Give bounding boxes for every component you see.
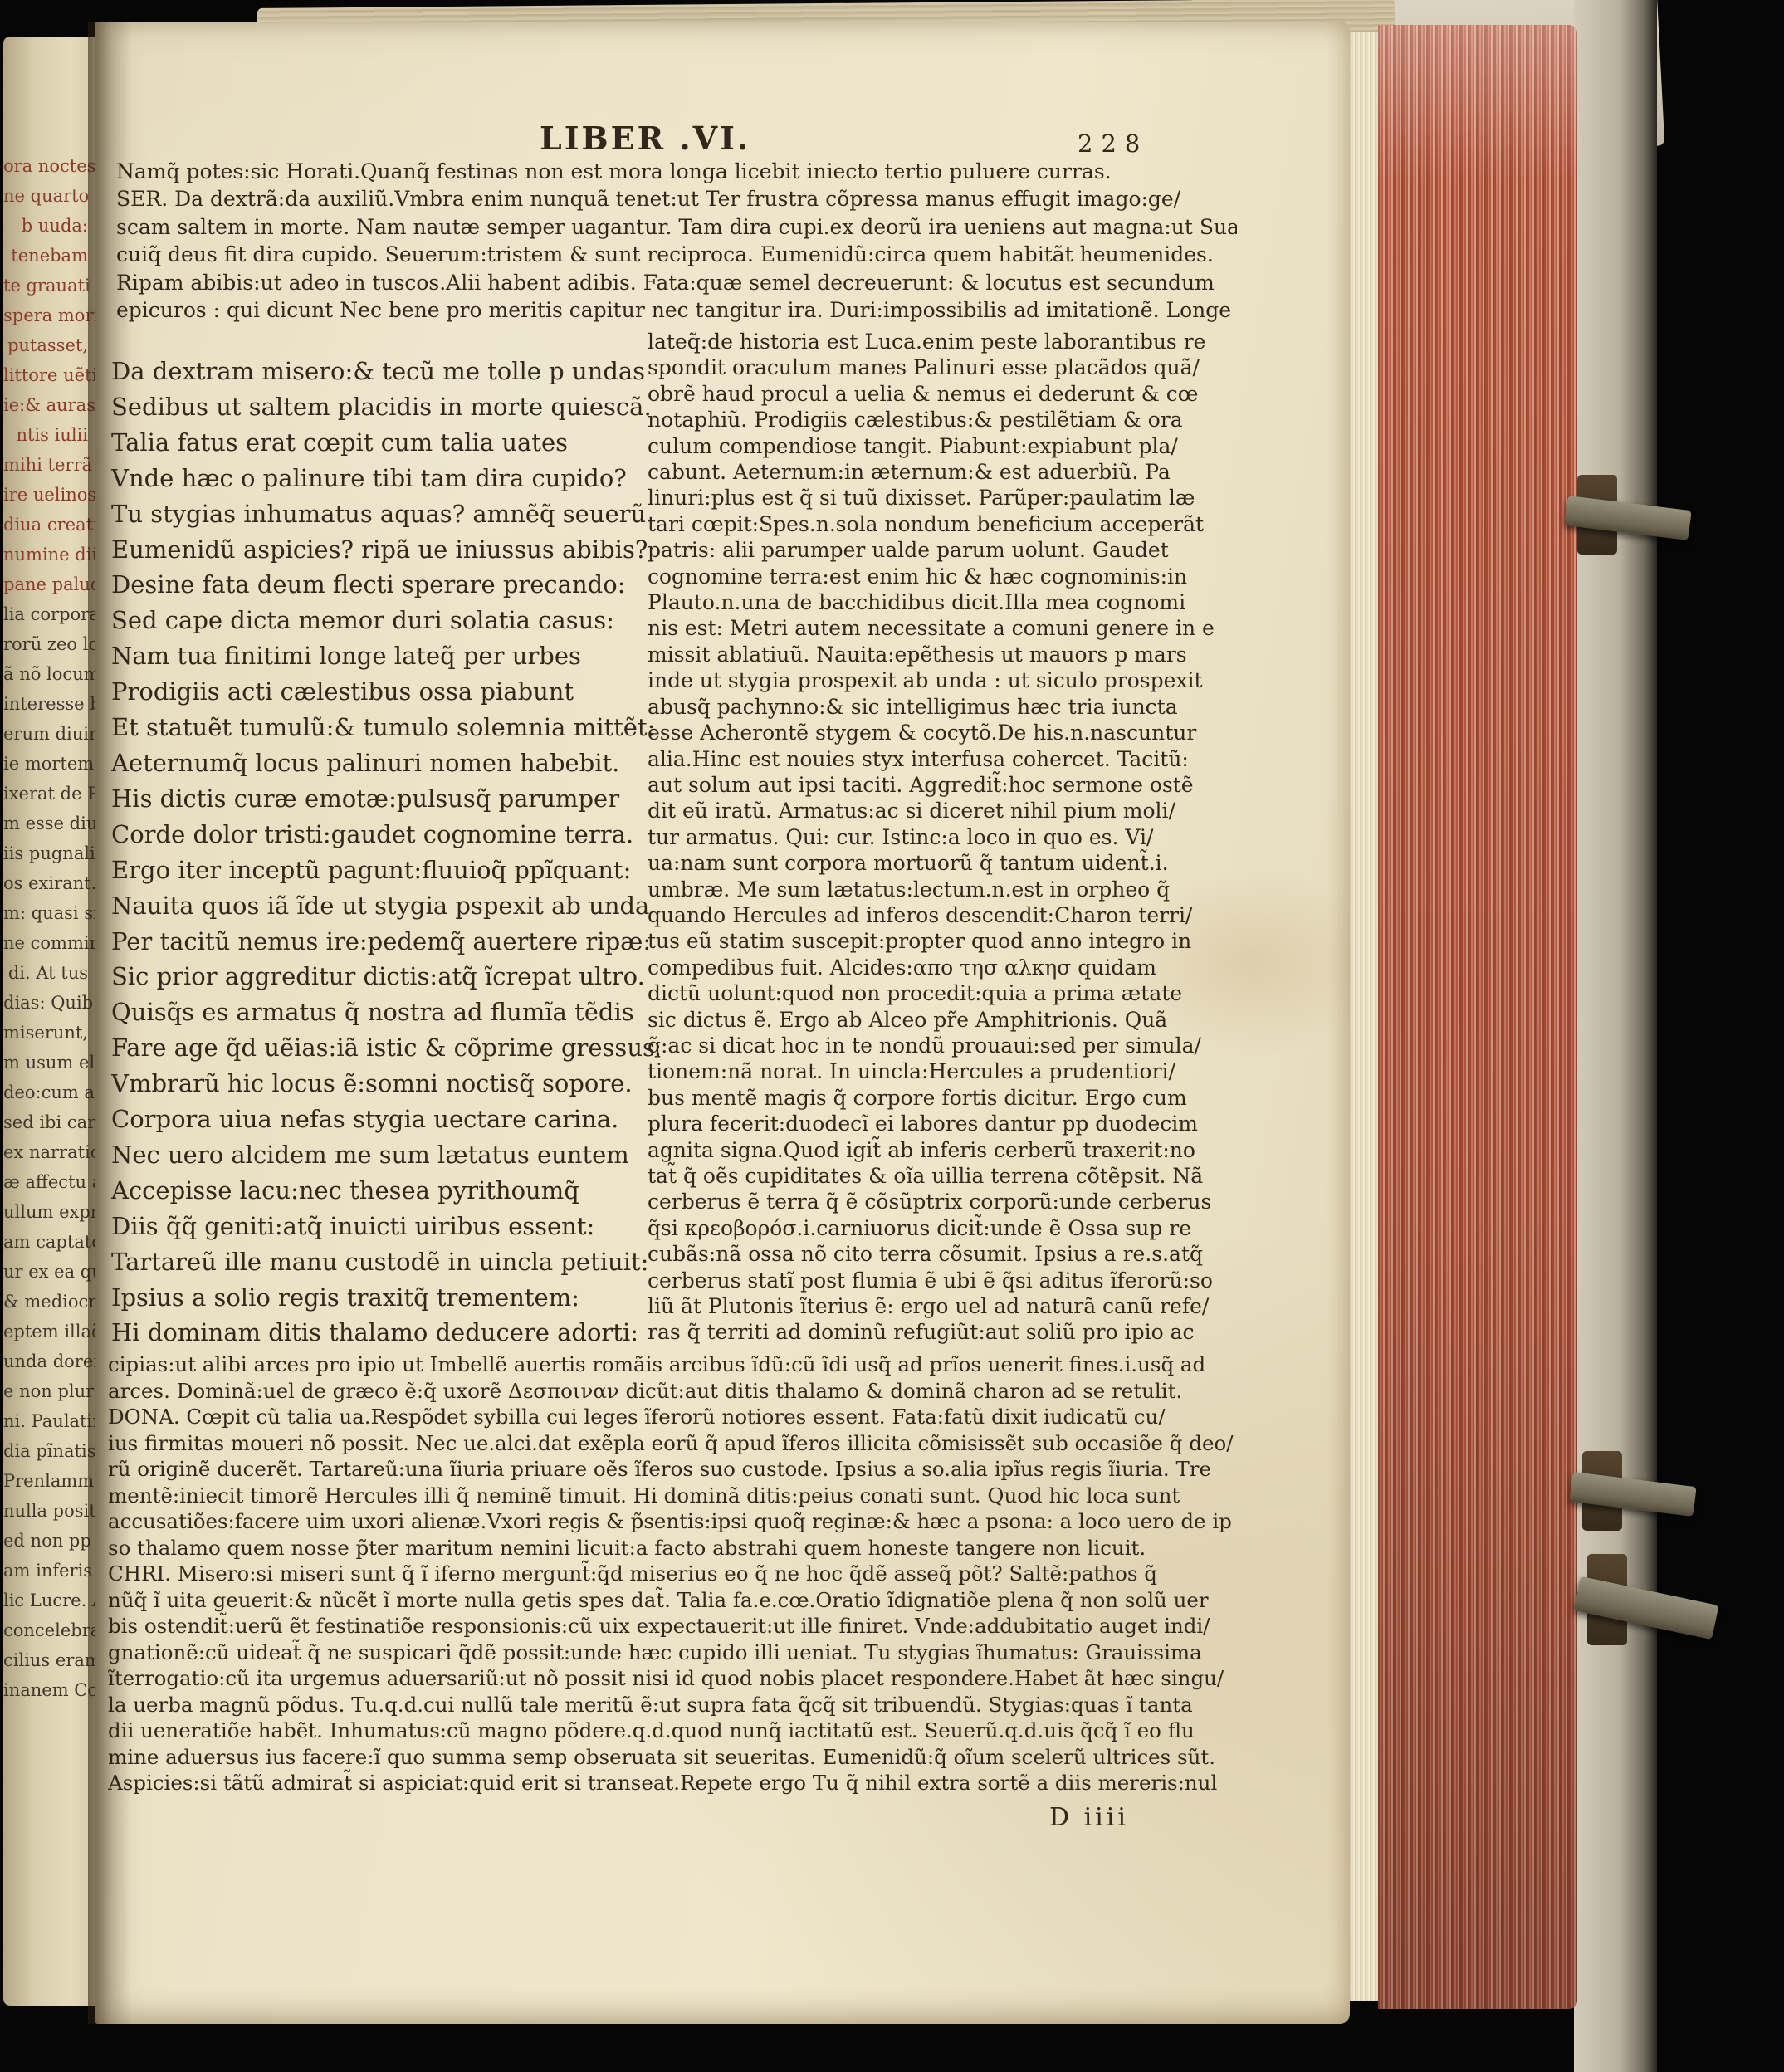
facing-page-edge: ora noctesne quartob uuda:tenebamte grau…	[3, 37, 95, 2006]
facing-line-fragment: cilius eram sed	[3, 1645, 95, 1675]
facing-line-fragment: Prenlamm ponit	[3, 1466, 95, 1496]
commentary-line: cerberus ẽ terra q̃ ẽ cõsũptrix corporũ:…	[648, 1189, 1229, 1214]
commentary-line: agnita signa.Quod igit̃ ab inferis cerbe…	[648, 1137, 1229, 1163]
commentary-line: cerberus statĩ post flumia ẽ ubi ẽ q̃si …	[648, 1268, 1229, 1293]
commentary-column: lateq̃:de historia est Luca.enim peste l…	[648, 329, 1229, 1346]
verse-line: Ergo iter inceptũ pagunt:fluuioq̃ ppĩqua…	[111, 853, 659, 888]
verse-line: Nec uero alcidem me sum lætatus euntem	[111, 1137, 659, 1173]
facing-line-fragment: deo:cum apo	[3, 1078, 95, 1107]
verse-line: Hi dominam ditis thalamo deducere adorti…	[111, 1315, 659, 1351]
verse-line: Corpora uiua nefas stygia uectare carina…	[111, 1102, 659, 1137]
facing-line-fragment: e non plurima	[3, 1376, 95, 1406]
parchment-cover-right	[1574, 0, 1657, 2072]
facing-line-fragment: b uuda:	[3, 211, 95, 241]
verse-line: Sedibus ut saltem placidis in morte quie…	[111, 389, 659, 425]
recto-page: LIBER .VI. 228 Namq̃ potes:sic Horati.Qu…	[95, 22, 1350, 2024]
verse-line: Talia fatus erat cœpit cum talia uates	[111, 425, 659, 461]
verse-line: Desine fata deum flecti sperare precando…	[111, 567, 659, 603]
facing-line-fragment: iis pugnalis:ei	[3, 838, 95, 868]
facing-line-fragment: ne quarto	[3, 181, 95, 211]
commentary-line: SER. Da dextrã:da auxiliũ.Vmbra enim nun…	[116, 185, 1237, 213]
commentary-line: esse Acherontẽ stygem & cocytõ.De his.n.…	[648, 720, 1229, 745]
commentary-line: cabunt. Aeternum:in æternum:& est aduerb…	[648, 459, 1229, 485]
facing-line-fragment: ixerat de Pãla	[3, 779, 95, 809]
commentary-line: tari cœpit:Spes.n.sola nondum beneficium…	[648, 511, 1229, 537]
book-clasp-bottom-upper	[1571, 1451, 1753, 1551]
commentary-line: sic dictus ẽ. Ergo ab Alceo pr̃e Amphitr…	[648, 1007, 1229, 1033]
folio-number: 228	[1078, 129, 1148, 158]
verse-line: Ipsius a solio regis traxitq̃ trementem:	[111, 1280, 659, 1316]
facing-line-fragment: m usum elsti	[3, 1048, 95, 1078]
commentary-line: linuri:plus est q̃ si tuũ dixisset. Parũ…	[648, 485, 1229, 511]
commentary-line: tur armatus. Qui: cur. Istinc:a loco in …	[648, 824, 1229, 850]
commentary-line: scam saltem in morte. Nam nautæ semper u…	[116, 213, 1237, 241]
commentary-line: tionem:nã norat. In uincla:Hercules a pr…	[648, 1058, 1229, 1084]
facing-line-fragment: te grauati	[3, 271, 95, 301]
commentary-line: abusq̃ pachynno:& sic intelligimus hæc t…	[648, 694, 1229, 720]
commentary-line: ĩterrogatio:cũ ita urgemus aduersariũ:ut…	[108, 1665, 1242, 1692]
commentary-line: Plauto.n.una de bacchidibus dicit.Illa m…	[648, 589, 1229, 615]
facing-line-fragment: miserunt,	[3, 1018, 95, 1048]
commentary-line: q̃:ac si dicat hoc in te nondũ prouaui:s…	[648, 1033, 1229, 1058]
facing-line-fragment: ntis iulii	[3, 420, 95, 450]
facing-line-fragment: m esse diuinã	[3, 809, 95, 838]
commentary-line: so thalamo quem nosse p̃ter maritum nemi…	[108, 1535, 1242, 1561]
commentary-top-block: Namq̃ potes:sic Horati.Quanq̃ festinas n…	[116, 158, 1237, 324]
facing-line-fragment: erum diuinq̃	[3, 719, 95, 749]
facing-line-fragment: m: quasi sin	[3, 898, 95, 928]
facing-line-fragment: ne commirin	[3, 928, 95, 958]
commentary-line: plura fecerit:duodecĩ ei labores dantur …	[648, 1111, 1229, 1136]
commentary-line: cipias:ut alibi arces pro ipio ut Imbell…	[108, 1351, 1242, 1378]
commentary-line: DONA. Cœpit cũ talia ua.Respõdet sybilla…	[108, 1404, 1242, 1430]
commentary-line: tus eũ statim suscepit:propter quod anno…	[648, 928, 1229, 954]
commentary-line: gnationẽ:cũ uideat̃ q̃ ne suspicari q̃dẽ…	[108, 1640, 1242, 1666]
facing-line-fragment: ã nõ locum	[3, 659, 95, 689]
verse-line: Accepisse lacu:nec thesea pyrithoumq̃	[111, 1173, 659, 1209]
commentary-line: spondit oraculum manes Palinuri esse pla…	[648, 354, 1229, 380]
verse-line: Per tacitũ nemus ire:pedemq̃ auertere ri…	[111, 924, 659, 960]
facing-line-fragment: ur ex ea quæ di	[3, 1257, 95, 1287]
verse-line: Et statuẽt tumulũ:& tumulo solemnia mitt…	[111, 710, 659, 745]
facing-line-fragment: littore uẽti:	[3, 360, 95, 390]
commentary-line: patris: alii parumper ualde parum uolunt…	[648, 537, 1229, 563]
facing-line-fragment: am inferis copari	[3, 1556, 95, 1586]
verse-line: Prodigiis acti cælestibus ossa piabunt	[111, 674, 659, 710]
commentary-line: dictũ uolunt:quod non procedit:quia a pr…	[648, 980, 1229, 1006]
verse-line: Vnde hæc o palinure tibi tam dira cupido…	[111, 461, 659, 496]
facing-line-fragment: lic Lucre. Aenet	[3, 1586, 95, 1615]
commentary-line: dii ueneratiõe habẽt. Inhumatus:cũ magno…	[108, 1718, 1242, 1744]
commentary-line: tat̃ q̃ oẽs cupiditates & oĩa uillia ter…	[648, 1163, 1229, 1189]
facing-line-fragment: ullum exprim	[3, 1197, 95, 1227]
commentary-line: aut solum aut ipsi taciti. Aggredit̃:hoc…	[648, 772, 1229, 798]
facing-line-fragment: ex narrationes	[3, 1137, 95, 1167]
commentary-line: q̃si κρεοβορόσ.i.carniuorus dicit̃:unde …	[648, 1215, 1229, 1241]
verse-line: His dictis curæ emotæ:pulsusq̃ parumper	[111, 781, 659, 817]
commentary-line: mentẽ:iniecit timorẽ Hercules illi q̃ ne…	[108, 1483, 1242, 1509]
verse-line: Corde dolor tristi:gaudet cognomine terr…	[111, 817, 659, 853]
facing-line-fragment: eptem illaq̃ sit	[3, 1317, 95, 1346]
commentary-line: umbræ. Me sum lætatus:lectum.n.est in or…	[648, 877, 1229, 902]
commentary-line: mine aduersus ius facere:ĩ quo summa sem…	[108, 1744, 1242, 1771]
facing-line-fragment: inanem Costo	[3, 1675, 95, 1705]
book-clasp-bottom-lower	[1576, 1554, 1758, 1662]
facing-line-fragment: unda dorem ĩ	[3, 1346, 95, 1376]
commentary-line: ius firmitas moueri nõ possit. Nec ue.al…	[108, 1430, 1242, 1457]
verse-line: Tartareũ ille manu custodẽ in uincla pet…	[111, 1244, 659, 1280]
facing-line-fragment: diua creatrix	[3, 510, 95, 540]
commentary-line: ua:nam sunt corpora mortuorũ q̃ tantum u…	[648, 850, 1229, 876]
facing-line-fragment: pane paludẽ)	[3, 569, 95, 599]
commentary-line: rũ originẽ ducerẽt. Tartareũ:una ĩiuria …	[108, 1456, 1242, 1483]
commentary-line: cognomine terra:est enim hic & hæc cogno…	[648, 564, 1229, 589]
facing-line-fragment: dias: Quib.	[3, 988, 95, 1018]
commentary-line: arces. Dominã:uel de græco ẽ:q̃ uxorẽ Δε…	[108, 1378, 1242, 1405]
verse-line: Eumenidũ aspicies? ripã ue iniussus abib…	[111, 532, 659, 568]
commentary-line: dit eũ iratũ. Armatus:ac si diceret nihi…	[648, 798, 1229, 823]
facing-line-fragment: interesse be/	[3, 689, 95, 719]
facing-line-fragment: di. At tus	[3, 958, 95, 988]
facing-line-fragment: ed non pp nõ	[3, 1526, 95, 1556]
verse-column: Da dextram misero:& tecũ me tolle p unda…	[111, 354, 659, 1351]
facing-line-fragment: spera moriã	[3, 301, 95, 330]
verse-line: Sic prior aggreditur dictis:atq̃ ĩcrepat…	[111, 959, 659, 994]
verse-line: Tu stygias inhumatus aquas? amnẽq̃ seuer…	[111, 496, 659, 532]
facing-line-fragment: am captatoris	[3, 1227, 95, 1257]
commentary-line: ras q̃ territi ad dominũ refugiũt:aut so…	[648, 1319, 1229, 1345]
facing-line-fragment: os exirant. Ver	[3, 868, 95, 898]
signature-mark: D iiii	[1049, 1803, 1129, 1832]
facing-line-fragment: mihi terrã	[3, 450, 95, 480]
facing-line-fragment: ora noctes	[3, 151, 95, 181]
facing-line-fragment: numine diũ	[3, 540, 95, 569]
commentary-line: cuiq̃ deus fit dira cupido. Seuerum:tris…	[116, 241, 1237, 268]
commentary-line: accusatiões:facere uim uxori alienæ.Vxor…	[108, 1508, 1242, 1535]
commentary-line: missit ablatiuũ. Nauita:epẽthesis ut mau…	[648, 642, 1229, 667]
book-photo: ora noctesne quartob uuda:tenebamte grau…	[0, 0, 1784, 2072]
commentary-line: lateq̃:de historia est Luca.enim peste l…	[648, 329, 1229, 354]
commentary-line: nũq̃ ĩ uita geuerit:& nũcẽt ĩ morte null…	[108, 1587, 1242, 1614]
facing-line-fragment: ni. Paulatim	[3, 1406, 95, 1436]
facing-line-fragment: ie:& auras	[3, 390, 95, 420]
running-title: LIBER .VI.	[540, 120, 750, 157]
red-fore-edge	[1378, 25, 1577, 2009]
verse-line: Nam tua finitimi longe lateq̃ per urbes	[111, 638, 659, 674]
verse-line: Fare age q̃d uẽias:iã istic & cõprime gr…	[111, 1030, 659, 1066]
facing-line-fragment: sed ibi carnã	[3, 1107, 95, 1137]
commentary-line: quando Hercules ad inferos descendit:Cha…	[648, 902, 1229, 928]
gutter-shadow	[88, 22, 131, 2024]
facing-line-fragment: concelebras	[3, 1615, 95, 1645]
facing-line-fragment: & mediocriter	[3, 1287, 95, 1317]
commentary-line: la uerba magnũ põdus. Tu.q.d.cui nullũ t…	[108, 1692, 1242, 1718]
commentary-line: Aspicies:si tãtũ admirat̃ si aspiciat:qu…	[108, 1770, 1242, 1796]
verse-line: Sed cape dicta memor duri solatia casus:	[111, 603, 659, 638]
commentary-line: culum compendiose tangit. Piabunt:expiab…	[648, 433, 1229, 459]
facing-line-fragment: lia corpora ple/	[3, 599, 95, 629]
facing-page-fragments: ora noctesne quartob uuda:tenebamte grau…	[3, 37, 95, 1705]
verse-line: Vmbrarũ hic locus ẽ:somni noctisq̃ sopor…	[111, 1066, 659, 1102]
commentary-line: inde ut stygia prospexit ab unda : ut si…	[648, 667, 1229, 693]
verse-line: Nauita quos iã ĩde ut stygia pspexit ab …	[111, 888, 659, 924]
commentary-line: bis ostendit̃:uerũ ẽt festinatiõe respon…	[108, 1613, 1242, 1640]
book-clasp-top	[1566, 475, 1748, 583]
commentary-line: CHRI. Misero:si miseri sunt q̃ ĩ iferno …	[108, 1561, 1242, 1587]
commentary-line: Ripam abibis:ut adeo in tuscos.Alii habe…	[116, 269, 1237, 296]
facing-line-fragment: rorũ zeo loch	[3, 629, 95, 659]
commentary-line: alia.Hinc est nouies styx interfusa cohe…	[648, 746, 1229, 772]
commentary-line: nis est: Metri autem necessitate a comun…	[648, 615, 1229, 641]
commentary-line: obrẽ haud procul a uelia & nemus ei dede…	[648, 381, 1229, 407]
verse-line: Da dextram misero:& tecũ me tolle p unda…	[111, 354, 659, 389]
verse-line: Aeternumq̃ locus palinuri nomen habebit.	[111, 745, 659, 781]
facing-line-fragment: ie mortem.	[3, 749, 95, 779]
commentary-line: liũ ãt Plutonis ĩterius ẽ: ergo uel ad n…	[648, 1293, 1229, 1319]
commentary-line: epicuros : qui dicunt Nec bene pro merit…	[116, 296, 1237, 324]
verse-line: Diis q̃q̃ geniti:atq̃ inuicti uiribus es…	[111, 1209, 659, 1244]
commentary-bottom-block: cipias:ut alibi arces pro ipio ut Imbell…	[108, 1351, 1242, 1796]
verse-line: Quisq̃s es armatus q̃ nostra ad flumĩa t…	[111, 994, 659, 1030]
facing-line-fragment: æ affectu ad	[3, 1167, 95, 1197]
commentary-line: bus mentẽ magis q̃ corpore fortis dicitu…	[648, 1085, 1229, 1111]
facing-line-fragment: dia pĩnatis sperat	[3, 1436, 95, 1466]
commentary-line: notaphiũ. Prodigiis cælestibus:& pestilẽ…	[648, 407, 1229, 432]
commentary-line: Namq̃ potes:sic Horati.Quanq̃ festinas n…	[116, 158, 1237, 185]
facing-line-fragment: nulla posito	[3, 1496, 95, 1526]
facing-line-fragment: tenebam	[3, 241, 95, 271]
commentary-line: cubãs:nã ossa nõ cito terra cõsumit. Ips…	[648, 1241, 1229, 1267]
commentary-line: compedibus fuit. Alcides:απο τησ αλκησ q…	[648, 955, 1229, 980]
facing-line-fragment: putasset,	[3, 330, 95, 360]
facing-line-fragment: ire uelinos:	[3, 480, 95, 510]
